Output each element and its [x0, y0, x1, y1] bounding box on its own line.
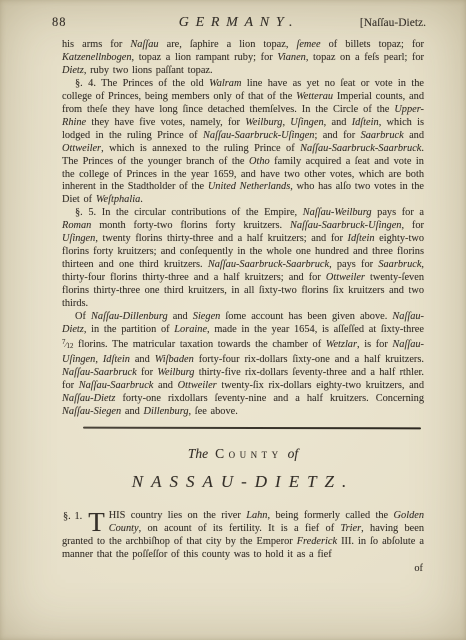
text-run: , for [401, 220, 424, 231]
text-run: , and [324, 117, 352, 128]
text-run: . [140, 194, 143, 205]
text-run: and [130, 354, 155, 365]
text-run: pays for a [372, 207, 424, 218]
italic-text: Dillenburg [144, 406, 189, 417]
italic-text: Idſtein [348, 233, 375, 244]
italic-text: Roman [62, 220, 91, 231]
heading-pre: The [188, 446, 208, 461]
running-title: GERMANY. [179, 15, 300, 31]
italic-text: Idſtein [103, 354, 130, 365]
section-paragraph: §. 1.THIS country lies on the river Lahn… [62, 510, 424, 562]
text-run: and [404, 130, 424, 141]
paragraph: his arms for Naſſau are, ſaphire a lion … [62, 39, 424, 78]
text-run: and [153, 380, 177, 391]
text-run: are, ſaphire a lion topaz, [159, 39, 297, 50]
italic-text: Lahn [246, 510, 267, 521]
italic-text: Otho [249, 156, 270, 167]
italic-text: Wetterau [296, 91, 333, 102]
section-number: §. 1. [63, 511, 82, 524]
italic-text: Saarbruck [378, 259, 421, 270]
section-paragraph-text: HIS country lies on the river Lahn, bein… [62, 510, 424, 560]
text-run: §. 5. In the circular contributions of t… [75, 207, 303, 218]
section-heading: TheCountyof NASSAU-DIETZ. [62, 446, 424, 492]
italic-text: Naſſau-Saarbruck-Saarbruck [208, 259, 329, 270]
book-page: 88 GERMANY. [Naſſau-Dietz. his arms for … [0, 0, 466, 640]
italic-text: Wiſbaden [155, 354, 194, 365]
catchword: of [62, 563, 423, 574]
heading-title: NASSAU-DIETZ. [62, 472, 424, 492]
italic-text: Weilburg [157, 367, 194, 378]
italic-text: Saarbruck [361, 130, 404, 141]
text-run: for [137, 367, 158, 378]
italic-text: Vianen [277, 52, 306, 63]
italic-text: Uſingen [62, 233, 95, 244]
italic-text: Frederick [297, 536, 337, 547]
italic-text: Naſſau-Saarbruck-Uſingen [290, 220, 401, 231]
text-run: , which is annexed to the ruling Prince … [101, 143, 300, 154]
text-run: month forty-two florins forty kruitzers. [91, 220, 290, 231]
drop-cap: T [88, 510, 105, 533]
italic-text: Naſſau-Siegen [62, 406, 121, 417]
text-run: §. 4. The Princes of the old [75, 78, 209, 89]
italic-text: Naſſau-Saarbruck-Uſingen [203, 130, 314, 141]
italic-text: Naſſau-Saarbruck [62, 367, 137, 378]
italic-text: Wetzlar [326, 339, 357, 350]
text-run: , is for [357, 339, 392, 350]
heading-post: of [288, 446, 299, 461]
text-column: 88 GERMANY. [Naſſau-Dietz. his arms for … [62, 15, 424, 574]
text-run: , pays for [329, 259, 378, 270]
text-run: , being formerly called the [267, 510, 393, 521]
text-run: , twenty florins thirty-three and a half… [95, 233, 347, 244]
italic-text: Ottweiler [326, 272, 365, 283]
paragraph: §. 5. In the circular contributions of t… [62, 207, 424, 311]
section-divider [83, 426, 421, 429]
page-header: 88 GERMANY. [Naſſau-Dietz. [52, 15, 426, 31]
italic-text: Naſſau-Saarbruck [79, 380, 154, 391]
italic-text: Walram [209, 78, 241, 89]
text-run: florins. The matricular taxation towards… [73, 339, 325, 350]
text-run: of billets topaz; for [321, 39, 424, 50]
italic-text: Naſſau-Dietz [62, 393, 115, 404]
text-run: , ſee above. [189, 406, 238, 417]
text-run: ; and for [314, 130, 360, 141]
running-section: [Naſſau-Dietz. [360, 17, 426, 29]
page-number: 88 [52, 15, 179, 30]
heading-line1: TheCountyof [62, 446, 424, 462]
italic-text: Naſſau-Dillenburg [91, 311, 168, 322]
text-run: his arms for [62, 39, 130, 50]
text-run: and [168, 311, 193, 322]
text-run: Of [75, 311, 91, 322]
italic-text: Katzenellnbogen [62, 52, 132, 63]
text-run: they have five votes, namely, for [86, 117, 245, 128]
text-run: , [95, 354, 103, 365]
text-run: , on acount of its fertility. It is a fi… [139, 523, 341, 534]
fraction-text: 7⁄12 [62, 341, 73, 349]
text-run: HIS country lies on the river [109, 510, 247, 521]
text-run: , topaz on a feſs pearl; for [306, 52, 424, 63]
text-run: , made in the year 1654, is aſſeſſed at … [207, 324, 424, 335]
text-run: , ruby two lions paſſant topaz. [84, 65, 213, 76]
heading-main: County [215, 446, 283, 461]
text-run: , topaz a lion rampant ruby; for [132, 52, 278, 63]
italic-text: Naſſau-Saarbruck-Saarbruck [300, 143, 421, 154]
text-run: twenty-ſix rix-dollars eighty-two kruitz… [217, 380, 424, 391]
italic-text: Ottweiler [178, 380, 217, 391]
italic-text: Idſtein [352, 117, 379, 128]
italic-text: Trier [340, 523, 361, 534]
italic-text: Weilburg [245, 117, 282, 128]
italic-text: Dietz [62, 65, 84, 76]
italic-text: Weſtphalia [96, 194, 140, 205]
italic-text: United Netherlands [208, 181, 290, 192]
italic-text: Naſſau [130, 39, 158, 50]
italic-text: ſemee [296, 39, 320, 50]
text-run: , in the partition of [84, 324, 174, 335]
paragraph: §. 4. The Princes of the old Walram line… [62, 78, 424, 208]
text-run: forty-four rix-dollars ſixty-one and a h… [194, 354, 424, 365]
text-run: forty-one rixdollars ſeventy-nine and a … [115, 393, 424, 404]
italic-text: Siegen [193, 311, 221, 322]
italic-text: Uſingen [290, 117, 323, 128]
text-run: and [121, 406, 143, 417]
italic-text: Loraine [174, 324, 207, 335]
text-run: ſome account has been given above. [220, 311, 392, 322]
body-paragraphs: his arms for Naſſau are, ſaphire a lion … [62, 39, 424, 419]
italic-text: Ottweiler [62, 143, 101, 154]
paragraph: Of Naſſau-Dillenburg and Siegen ſome acc… [62, 311, 424, 419]
italic-text: Naſſau-Weilburg [303, 207, 372, 218]
